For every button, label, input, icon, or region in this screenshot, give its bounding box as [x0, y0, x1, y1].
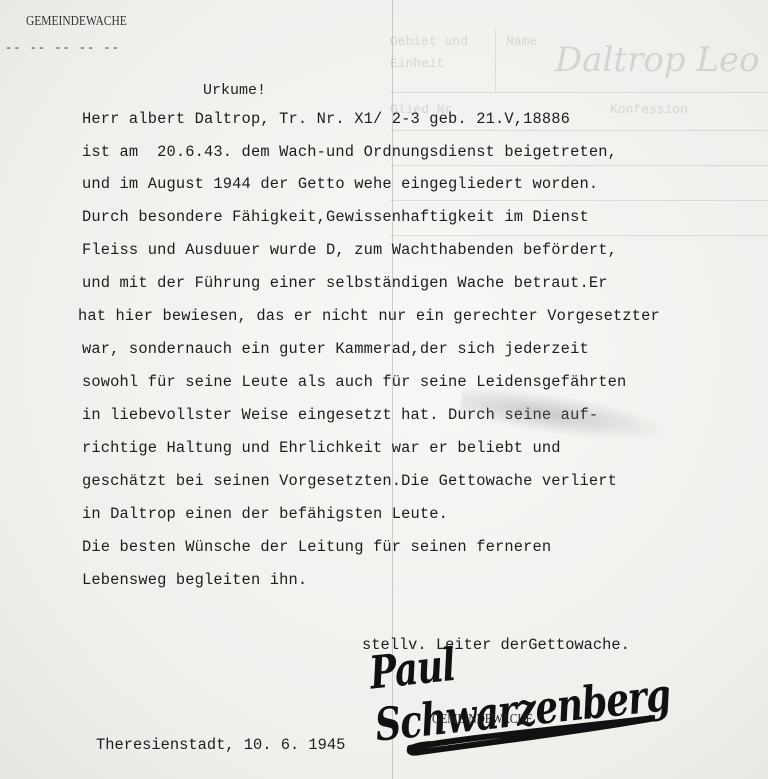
form-label: Einheit — [390, 56, 445, 71]
form-label: Konfession — [610, 102, 688, 117]
form-label: Name — [506, 34, 537, 49]
signature-stamp: GEMEINDEWACHE — [432, 712, 533, 728]
body-line: ist am 20.6.43. dem Wach-und Ordnungsdie… — [82, 143, 617, 161]
body-line: geschätzt bei seinen Vorgesetzten.Die Ge… — [82, 472, 617, 490]
body-line: Fleiss und Ausduuer wurde D, zum Wachtha… — [82, 241, 617, 259]
body-line: Die besten Wünsche der Leitung für seine… — [82, 538, 551, 556]
body-line: war, sondernauch ein guter Kammerad,der … — [82, 340, 589, 358]
body-line: Lebensweg begleiten ihn. — [82, 571, 307, 589]
body-line: in Daltrop einen der befähigsten Leute. — [82, 505, 448, 523]
body-line: Herr albert Daltrop, Tr. Nr. X1/ 2-3 geb… — [82, 110, 570, 128]
body-line: hat hier bewiesen, das er nicht nur ein … — [78, 307, 660, 325]
body-line: richtige Haltung und Ehrlichkeit war er … — [82, 439, 561, 457]
form-label: Gebiet und — [390, 34, 468, 49]
body-line: und mit der Führung einer selbständigen … — [82, 274, 608, 292]
body-line: und im August 1944 der Getto wehe eingeg… — [82, 175, 598, 193]
header-stamp: GEMEINDEWACHE — [26, 14, 127, 30]
body-line: Durch besondere Fähigkeit,Gewissenhaftig… — [82, 208, 589, 226]
body-line: sowohl für seine Leute als auch für sein… — [82, 373, 626, 391]
form-handwritten-name: Daltrop Leo — [555, 40, 760, 80]
document-heading: Urkume! — [203, 82, 266, 99]
header-rule: -- -- -- -- -- — [5, 41, 120, 55]
place-date: Theresienstadt, 10. 6. 1945 — [96, 736, 345, 754]
